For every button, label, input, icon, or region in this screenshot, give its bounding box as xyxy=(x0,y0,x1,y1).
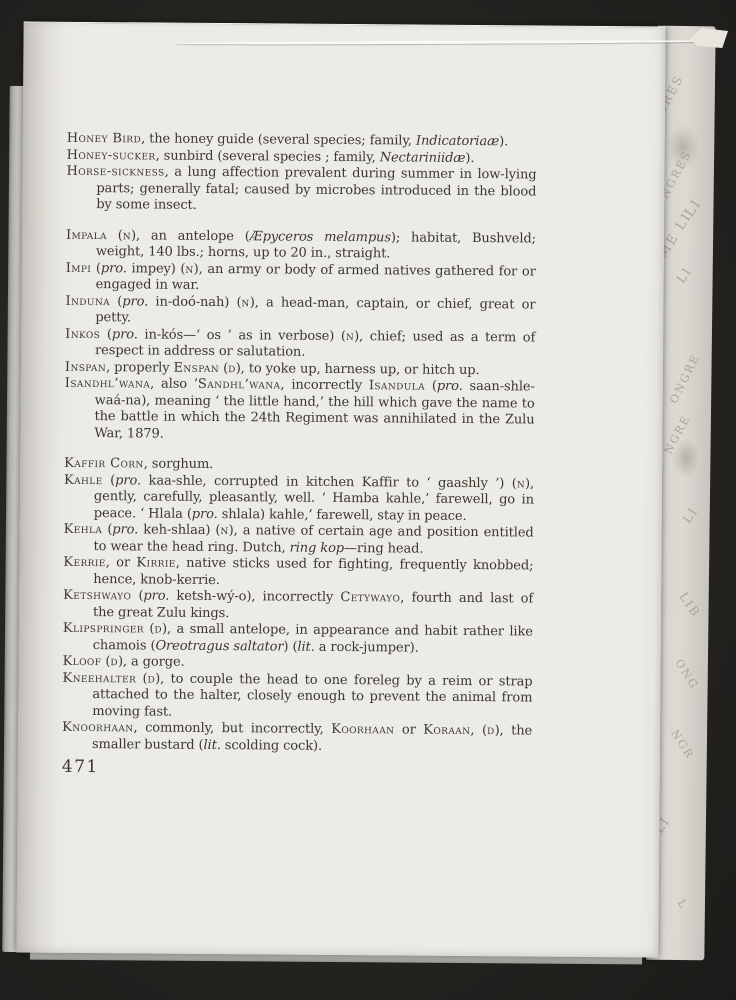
italic-term: pro. xyxy=(115,473,141,488)
book-scan-photo: GRESNGRESLIME LILIONGRENGRELILIBONGNGRLI… xyxy=(0,0,736,1000)
thread-artifact xyxy=(174,40,719,45)
entry-headword: Impala xyxy=(66,227,107,242)
entry-text: ( xyxy=(131,588,143,603)
entry-text: ). xyxy=(465,150,474,165)
entry-text: ( xyxy=(101,654,110,669)
entry-headword: Kahle xyxy=(64,472,103,487)
entry-text: ), a gorge. xyxy=(118,654,185,670)
entry-text: , or xyxy=(106,555,137,570)
glossary-entry: Kehla (pro. keh-shlaa) (n), a native of … xyxy=(63,522,533,559)
glossary-entry: Induna (pro. in-doó-nah) (n), a head-man… xyxy=(65,293,535,330)
italic-term: pro. xyxy=(112,327,138,342)
entry-headword: d xyxy=(147,671,155,686)
entry-text: in-doó-nah) ( xyxy=(148,294,241,310)
entry-group: Honey Bird, the honey guide (several spe… xyxy=(66,131,537,217)
glossary-entry: Horse-sickness, a lung affection prevale… xyxy=(66,164,536,217)
italic-term: lit. xyxy=(297,639,314,654)
entry-headword: Klipspringer xyxy=(63,621,144,637)
entry-text: ), to yoke up, harness up, or hitch up. xyxy=(236,361,480,378)
italic-term: pro. xyxy=(101,261,127,276)
entry-headword: n xyxy=(220,523,228,538)
entry-text: , commonly, but incorrectly, xyxy=(134,720,332,737)
edge-stamp-text: LIB xyxy=(676,590,703,621)
entry-text: , sorghum. xyxy=(144,456,214,472)
italic-term: pro. xyxy=(143,588,169,603)
entry-text: ( xyxy=(100,327,112,342)
edge-stamp-text: LI xyxy=(680,504,701,526)
entry-headword: Honey-sucker xyxy=(67,147,156,163)
entry-headword: Enspan xyxy=(173,360,219,375)
entry-headword: n xyxy=(185,261,193,276)
entry-text: , also ’ xyxy=(150,376,198,391)
entry-headword: n xyxy=(517,476,525,491)
entry-headword: Ketshwayo xyxy=(63,588,131,604)
italic-term: Oreotragus saltator xyxy=(155,638,283,654)
entry-text: shlala) kahle,’ farewell, stay in peace. xyxy=(218,507,467,524)
italic-term: lit. xyxy=(203,737,220,752)
italic-term: Nectariniidæ xyxy=(380,150,466,166)
entry-text: , ( xyxy=(470,723,487,738)
entry-headword: Inkos xyxy=(65,326,100,341)
glossary-entry: Impala (n), an antelope (Æpyceros melamp… xyxy=(66,227,536,264)
entry-text: scolding cock). xyxy=(221,738,322,754)
entry-group: Kaffir Corn, sorghum.Kahle (pro. kaa-shl… xyxy=(62,456,534,757)
edge-stamp-text: L xyxy=(675,897,691,912)
entry-text: or xyxy=(394,722,423,737)
entry-headword: Kehla xyxy=(64,522,103,537)
entry-text: , the honey guide (several species; fami… xyxy=(141,131,416,148)
entry-text: —ring head. xyxy=(344,541,423,557)
italic-term: pro. xyxy=(437,379,463,394)
entry-text: kaa-shle, corrupted in kitchen Kaffir to… xyxy=(141,473,517,491)
glossary-entries: Honey Bird, the honey guide (several spe… xyxy=(62,131,537,757)
entry-headword: Kerrie xyxy=(63,555,105,570)
entry-text: ). xyxy=(499,134,508,149)
entry-text: a rock-jumper). xyxy=(315,639,419,655)
entry-headword: Honey Bird xyxy=(67,131,141,147)
entry-text: ), to couple the head to one foreleg by … xyxy=(92,671,532,719)
page-number: 471 xyxy=(62,759,532,779)
entry-headword: n xyxy=(346,329,354,344)
glossary-entry: Inkos (pro. in-kós—‘ os ’ as in verbose)… xyxy=(65,326,535,363)
entry-headword: Inspan xyxy=(65,359,106,374)
glossary-text-block: Honey Bird, the honey guide (several spe… xyxy=(62,131,537,779)
entry-text: ( xyxy=(425,379,437,394)
edge-stamp-text: ONG xyxy=(672,657,701,692)
entry-text: ( xyxy=(103,473,116,488)
entry-text: ( xyxy=(91,261,101,276)
italic-term: ring kop xyxy=(290,540,345,555)
italic-term: Æpyceros melampus xyxy=(250,229,391,245)
entry-text: , incorrectly xyxy=(280,378,369,394)
entry-text: , sunbird (several species ; family, xyxy=(156,148,380,165)
entry-text: impey) ( xyxy=(127,261,186,276)
entry-headword: Horse-sickness xyxy=(66,164,164,180)
entry-headword: Koraan xyxy=(423,723,470,738)
entry-headword: d xyxy=(228,361,236,376)
entry-text: ), an antelope ( xyxy=(131,228,250,244)
glossary-entry: Klipspringer (d), a small antelope, in a… xyxy=(63,621,533,658)
embossed-seal-icon xyxy=(672,438,700,478)
italic-term: pro. xyxy=(122,294,148,309)
edge-stamp-text: NGR xyxy=(668,727,696,762)
entry-text: , properly xyxy=(106,360,174,376)
entry-headword: n xyxy=(123,228,131,243)
entry-headword: Knoorhaan xyxy=(62,720,134,736)
entry-text: ( xyxy=(219,361,228,376)
entry-headword: Kneehalter xyxy=(62,670,136,686)
entry-headword: Impi xyxy=(66,260,92,275)
entry-text: ( xyxy=(102,522,112,537)
glossary-entry: Kneehalter (d), to couple the head to on… xyxy=(62,670,532,723)
entry-headword: Cetywayo xyxy=(340,590,400,605)
entry-text: ) ( xyxy=(283,639,297,654)
edge-stamp-text: ONGRE xyxy=(667,351,702,405)
italic-term: pro. xyxy=(192,506,218,521)
entry-headword: Isandula xyxy=(369,378,425,393)
entry-text: ( xyxy=(110,294,122,309)
entry-text: ( xyxy=(136,671,147,686)
glossary-entry: Impi (pro. impey) (n), an army or body o… xyxy=(66,260,536,297)
entry-text: ( xyxy=(107,228,123,243)
entry-headword: Koorhaan xyxy=(331,722,394,737)
italic-term: Indicatoriaæ xyxy=(416,134,499,150)
embossed-seal-icon xyxy=(666,124,700,170)
entry-headword: Induna xyxy=(65,293,110,308)
entry-group: Impala (n), an antelope (Æpyceros melamp… xyxy=(64,227,536,445)
entry-headword: Isandhl’wana xyxy=(65,376,150,392)
gutter-shadow xyxy=(16,22,65,952)
entry-text: ketsh-wý-o), incorrectly xyxy=(169,589,340,605)
glossary-entry: Kahle (pro. kaa-shle, corrupted in kitch… xyxy=(64,472,534,525)
entry-text: in-kós—‘ os ’ as in verbose) ( xyxy=(138,327,346,344)
entry-headword: Kaffir Corn xyxy=(64,456,144,472)
scanned-page: Honey Bird, the honey guide (several spe… xyxy=(16,21,665,957)
glossary-entry: Knoorhaan, commonly, but incorrectly, Ko… xyxy=(62,720,532,757)
italic-term: pro. xyxy=(112,522,138,537)
edge-stamp-text: LI xyxy=(674,264,695,286)
glossary-entry: Isandhl’wana, also ’Sandhl’wana, incorre… xyxy=(64,376,535,446)
entry-text: keh-shlaa) ( xyxy=(138,522,220,538)
glossary-entry: Ketshwayo (pro. ketsh-wý-o), incorrectly… xyxy=(63,588,533,625)
entry-headword: Kirrie xyxy=(136,555,175,570)
glossary-entry: Kerrie, or Kirrie, native sticks used fo… xyxy=(63,555,533,592)
entry-headword: Sandhl’wana xyxy=(198,377,281,393)
entry-headword: Kloof xyxy=(63,654,102,669)
entry-text: ( xyxy=(144,621,155,636)
